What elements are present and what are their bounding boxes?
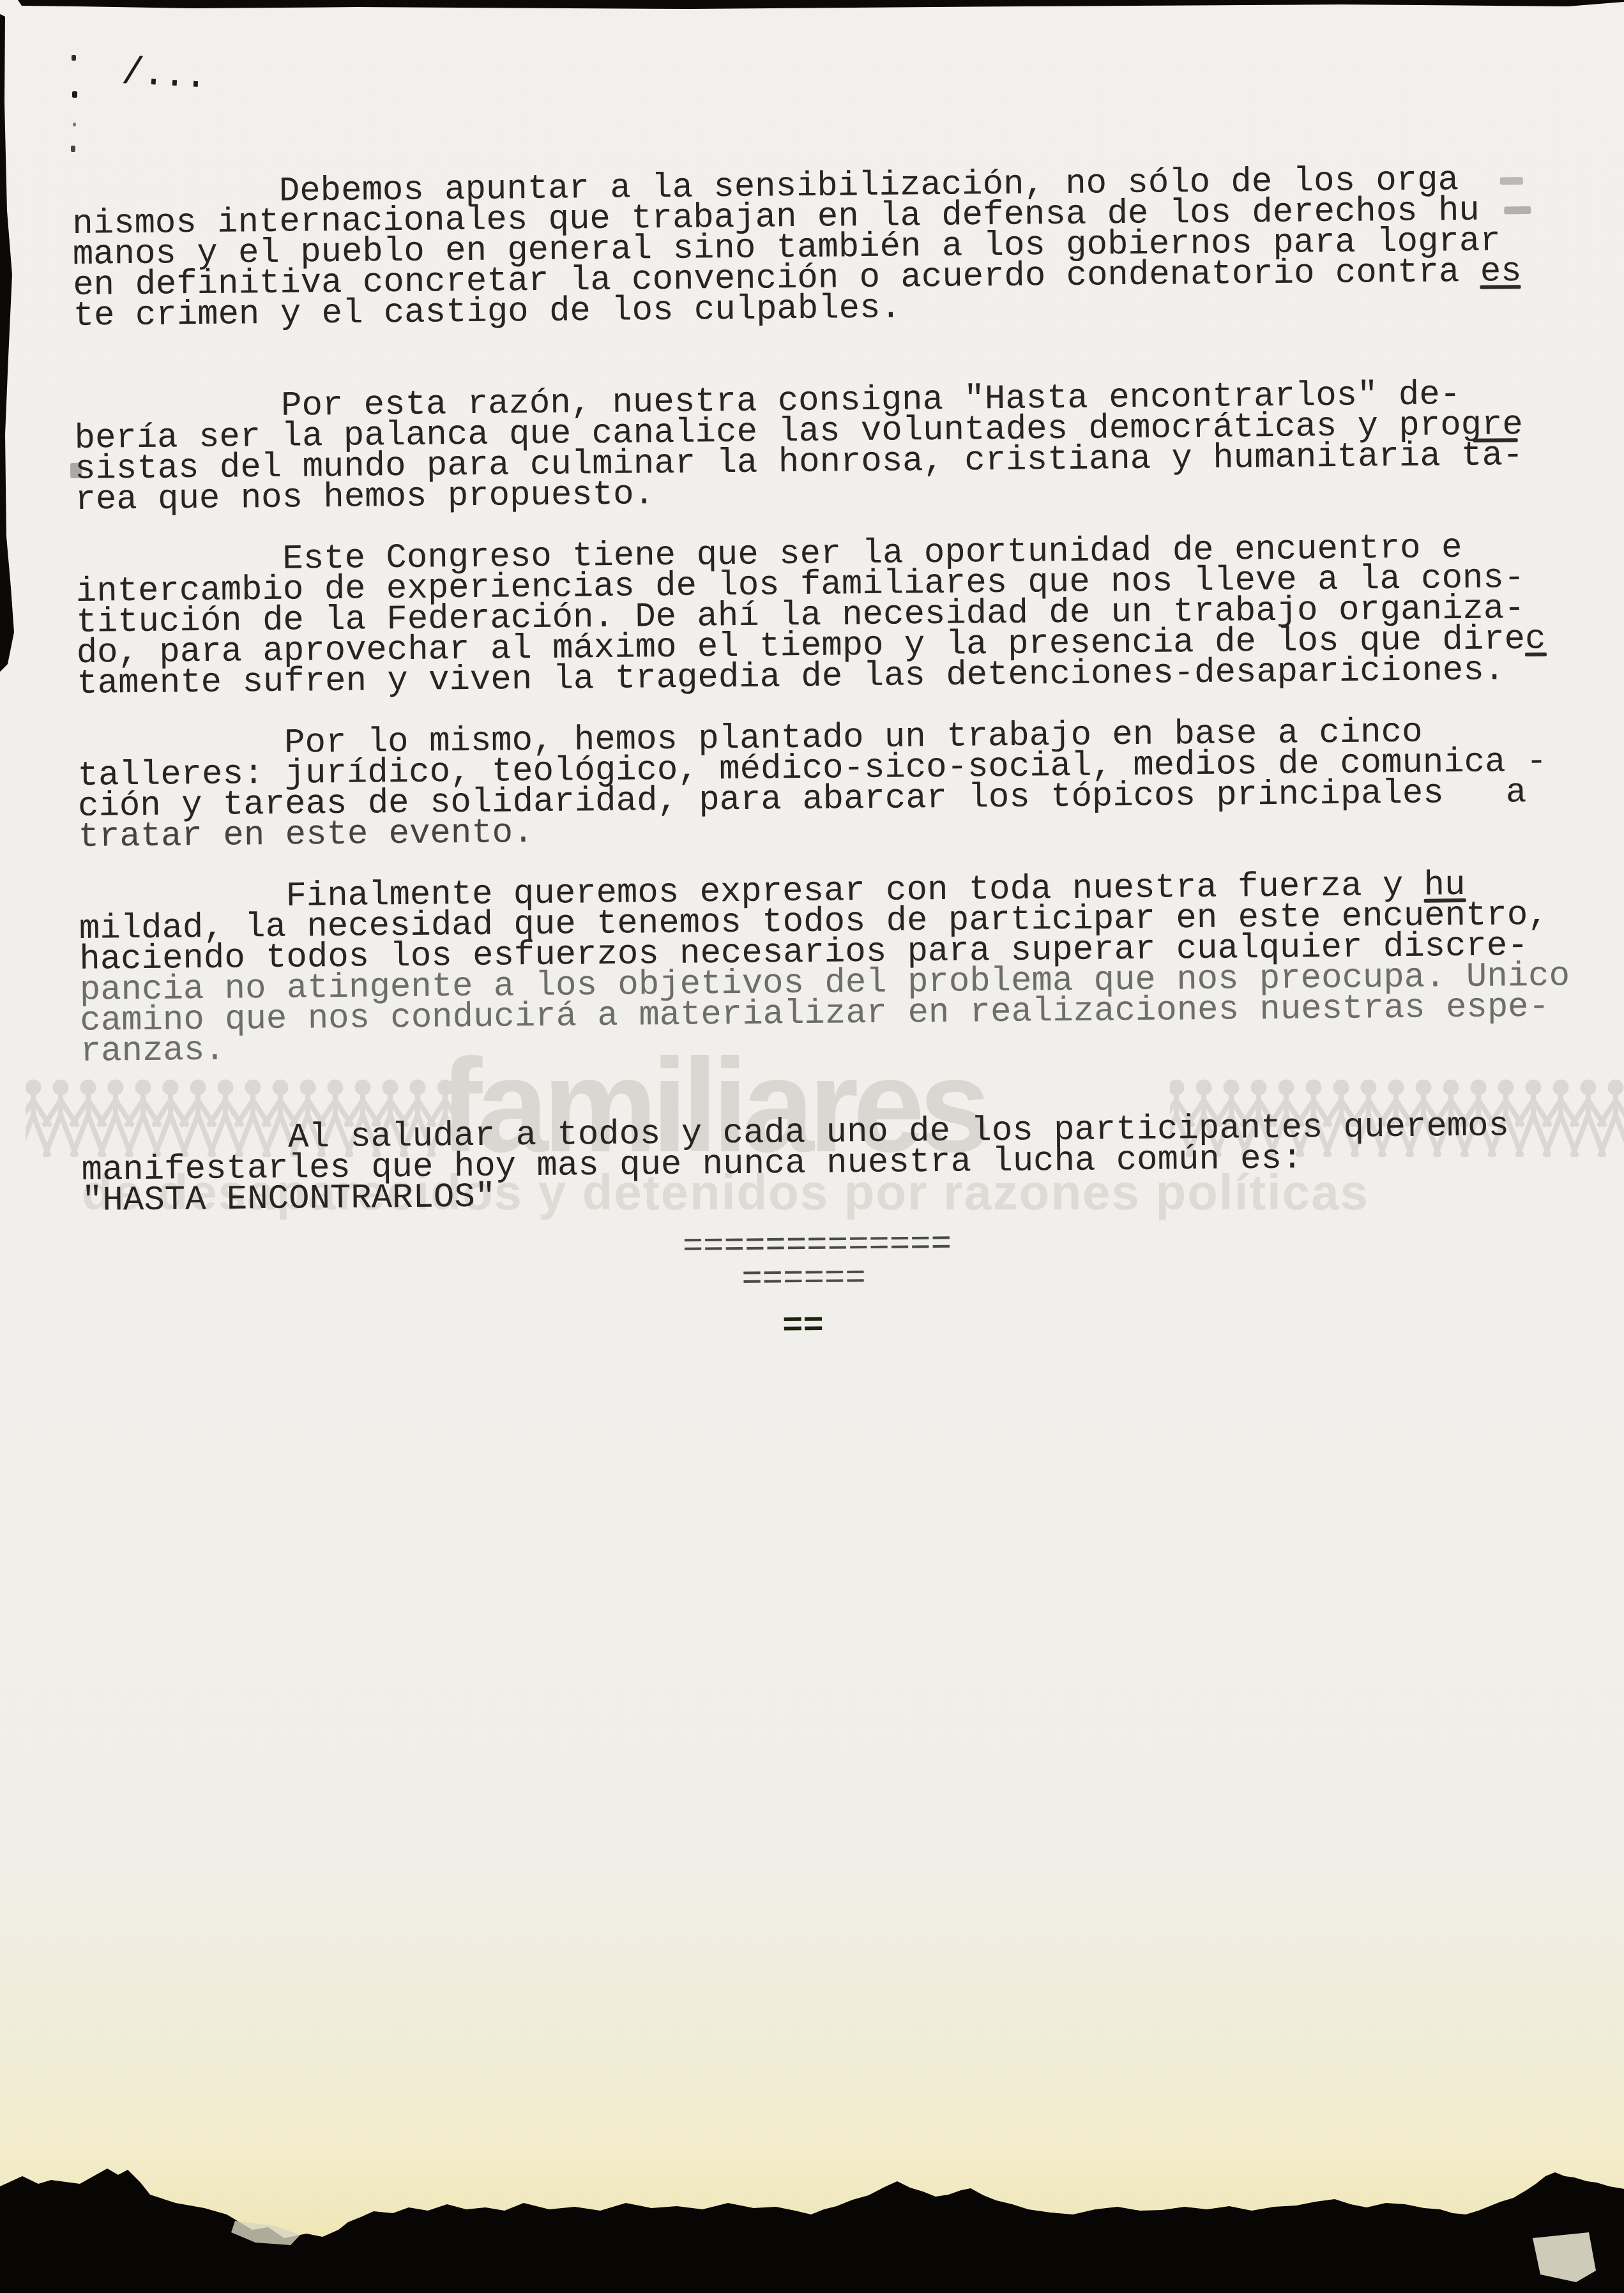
closing-separator: == bbox=[782, 1314, 824, 1340]
ink-smudge bbox=[70, 463, 82, 478]
paragraph: Por esta razón, nuestra consigna "Hasta … bbox=[74, 379, 1524, 516]
document-page: familiares de desaparecidos y detenidos … bbox=[0, 0, 1624, 2293]
typed-underline-mark bbox=[1480, 285, 1521, 289]
paragraph: Por lo mismo, hemos plantado un trabajo … bbox=[77, 716, 1548, 853]
typed-underline-mark bbox=[1525, 653, 1547, 656]
typed-underline-mark bbox=[1424, 898, 1466, 903]
closing-separator: ============= bbox=[683, 1232, 952, 1260]
typed-text-layer: Debemos apuntar a la sensibilización, no… bbox=[0, 0, 1624, 2293]
paragraph: Al saludar a todos y cada uno de los par… bbox=[81, 1111, 1510, 1216]
paragraph: Debemos apuntar a la sensibilización, no… bbox=[72, 165, 1522, 332]
paragraph: Este Congreso tiene que ser la oportunid… bbox=[75, 533, 1546, 700]
ink-smudge bbox=[1504, 206, 1531, 214]
closing-separator: ====== bbox=[741, 1266, 866, 1293]
ink-smudge bbox=[1500, 177, 1523, 185]
paragraph: Finalmente queremos expresar con toda nu… bbox=[79, 869, 1570, 1067]
typed-underline-mark bbox=[1473, 438, 1518, 443]
